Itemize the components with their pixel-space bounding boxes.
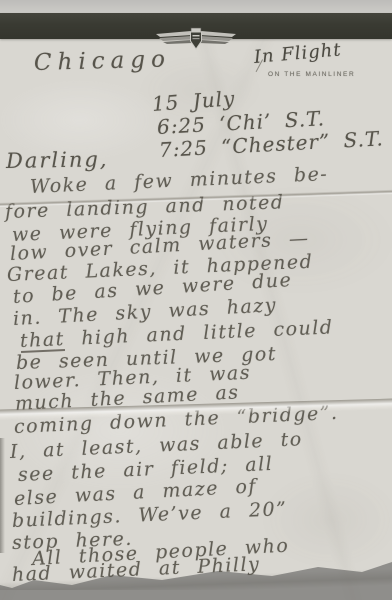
salutation: Darling, [6,147,109,173]
scanned-letter: Chicago In Flight ON THE MAINLINER 15 Ju… [0,0,392,600]
handwritten-location: Chicago [34,46,172,76]
inflight-tagline: ON THE MAINLINER [268,71,355,78]
scan-left-edge-shadow [0,438,5,553]
letterhead-banner [0,13,392,39]
paper-top-edge [0,0,392,13]
